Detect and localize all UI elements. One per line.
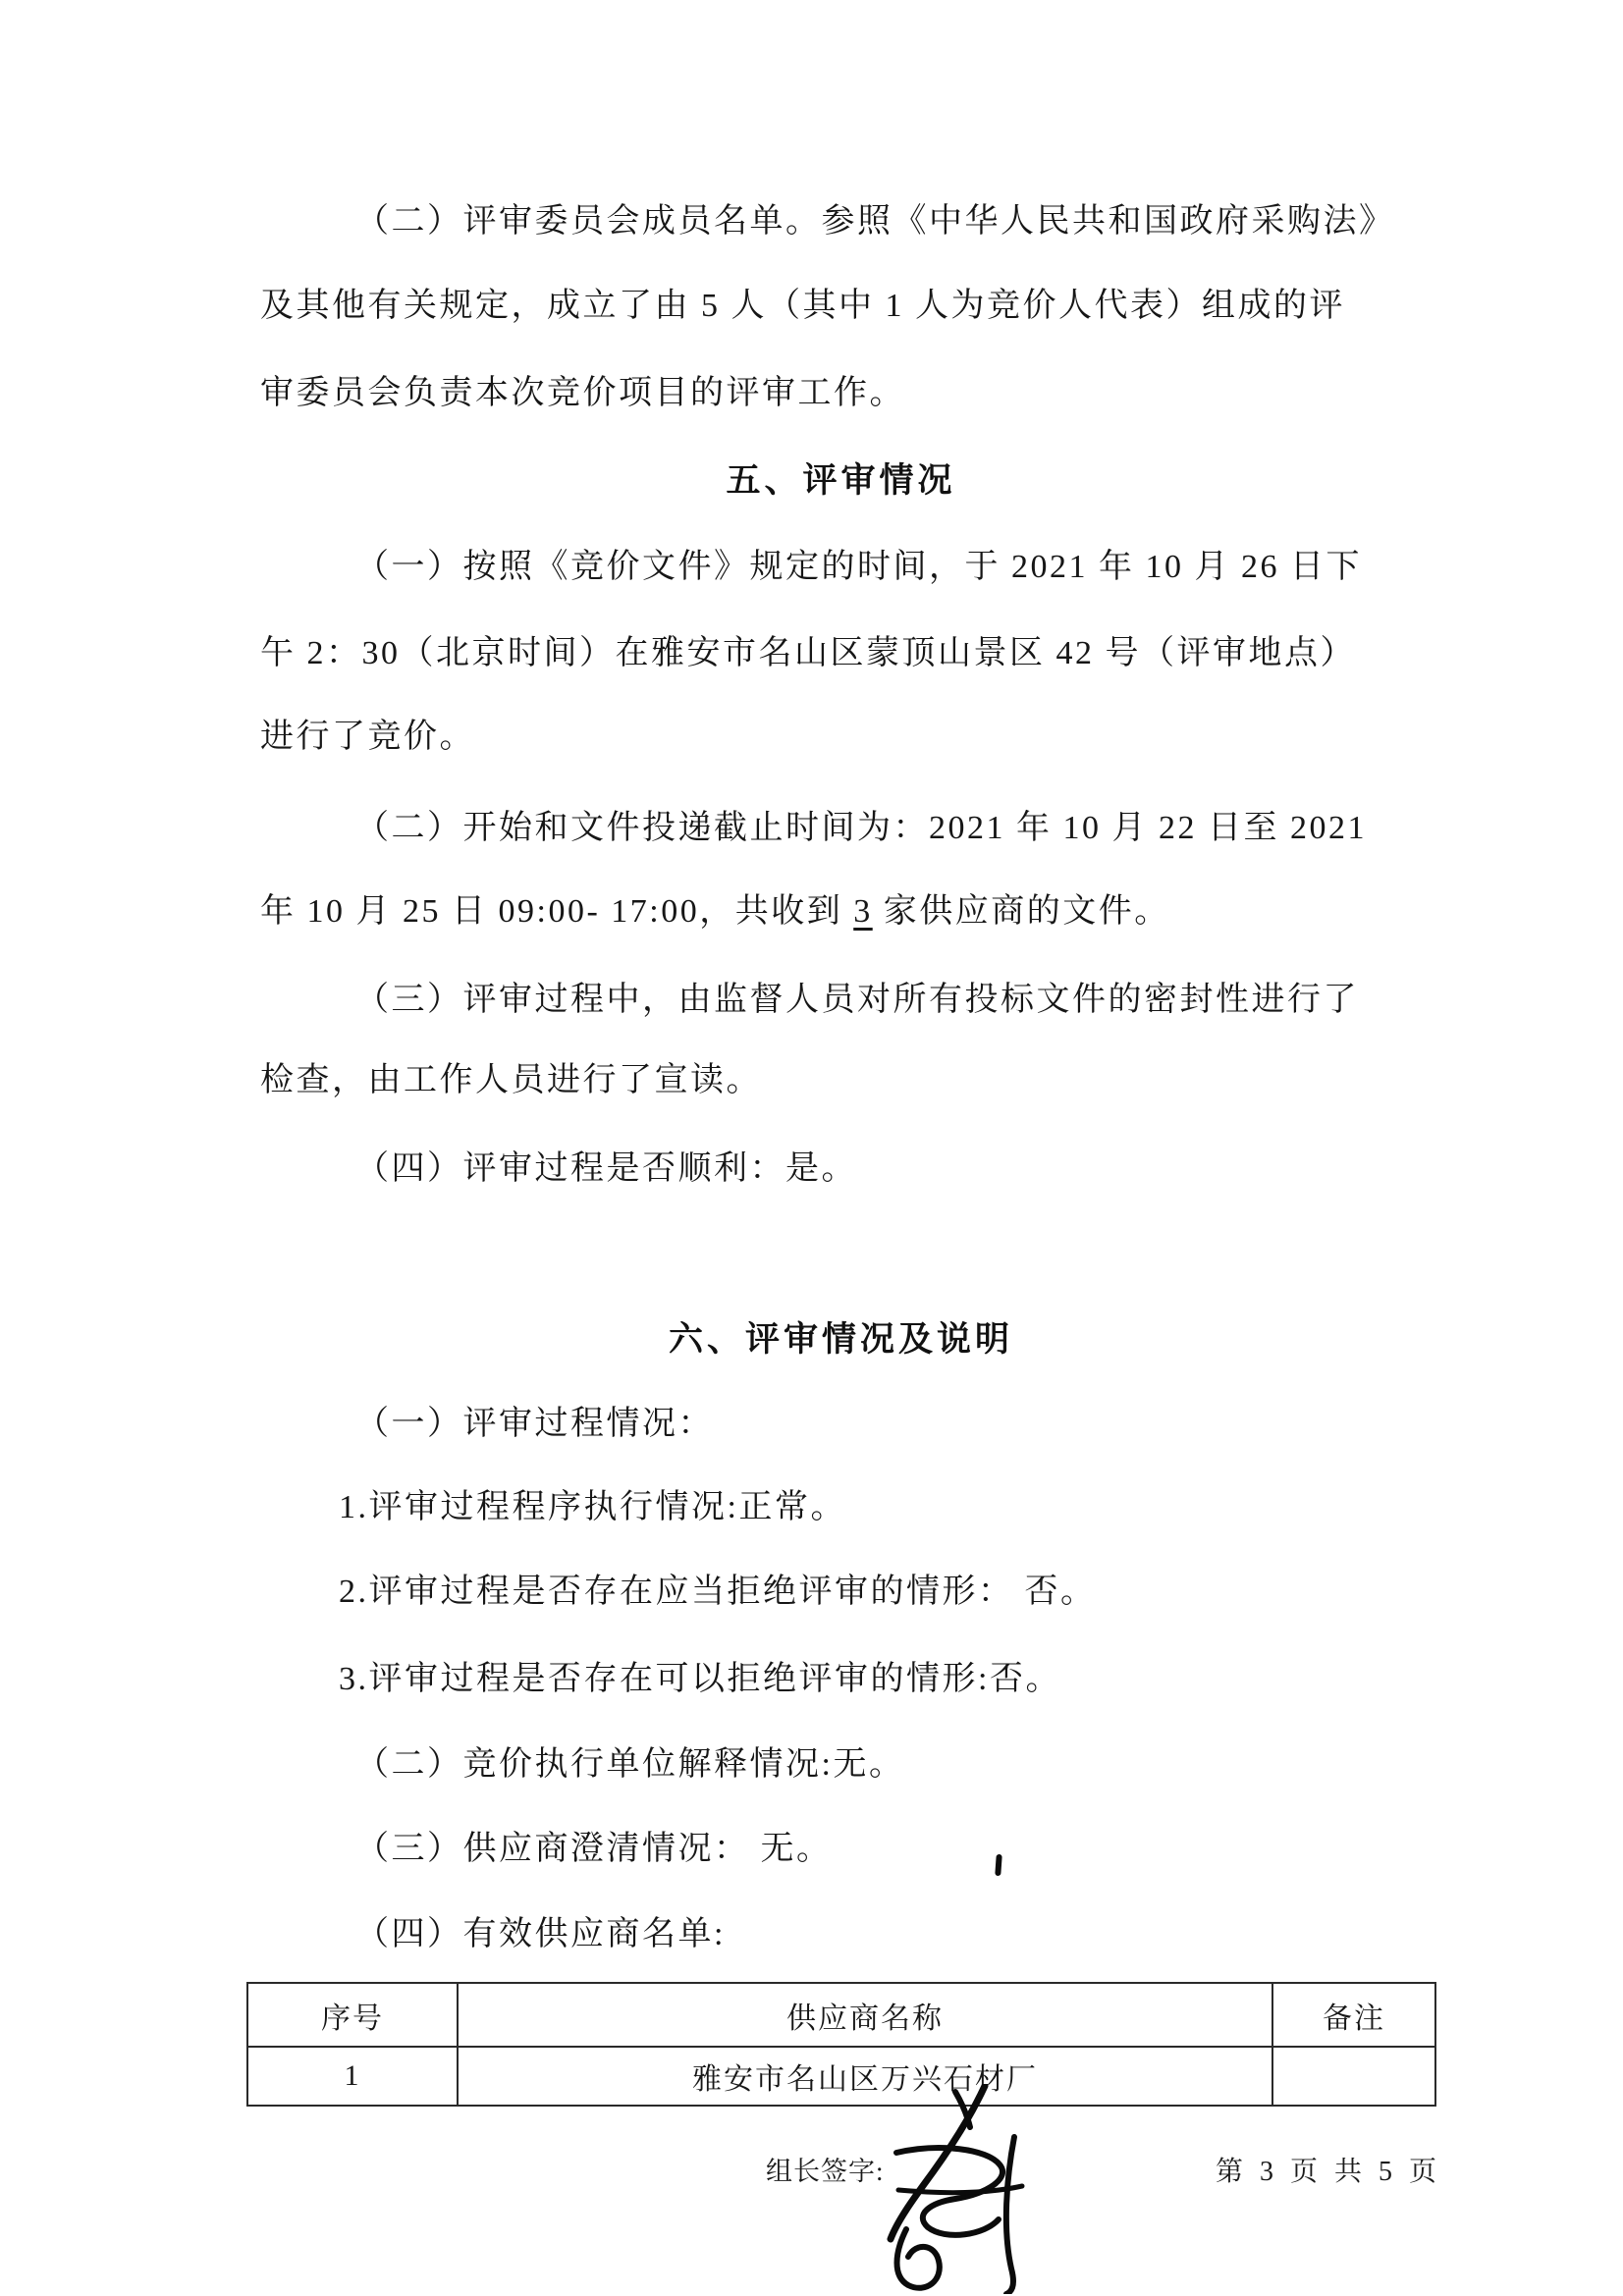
section-heading-5: 五、评审情况 xyxy=(29,457,1623,505)
doc-line: （四）有效供应商名单: xyxy=(355,1912,726,1957)
supplier-count-underlined: 3 xyxy=(853,893,873,930)
doc-line: （一）评审过程情况： xyxy=(355,1402,714,1447)
doc-line: 午 2：30（北京时间）在雅安市名山区蒙顶山景区 42 号（评审地点） xyxy=(260,631,1356,676)
doc-line: 3.评审过程是否存在可以拒绝评审的情形:否。 xyxy=(339,1657,1061,1702)
received-post: 家供应商的文件。 xyxy=(873,893,1170,930)
section-heading-6: 六、评审情况及说明 xyxy=(29,1316,1623,1363)
doc-line: （二）竞价执行单位解释情况:无。 xyxy=(355,1742,904,1788)
doc-line: （一）按照《竞价文件》规定的时间，于 2021 年 10 月 26 日下 xyxy=(355,545,1362,590)
doc-line: 审委员会负责本次竞价项目的评审工作。 xyxy=(260,371,905,416)
doc-line: （二）评审委员会成员名单。参照《中华人民共和国政府采购法》 xyxy=(355,199,1395,244)
doc-line: 进行了竞价。 xyxy=(260,715,475,760)
stray-pen-mark xyxy=(995,1854,1002,1876)
table-header-cell: 供应商名称 xyxy=(458,1983,1272,2047)
table-header-cell: 序号 xyxy=(247,1983,458,2047)
doc-line: （三）供应商澄清情况： 无。 xyxy=(355,1827,833,1872)
signature xyxy=(839,2084,1070,2294)
table-cell: 1 xyxy=(247,2047,458,2106)
doc-line-received-count: 年 10 月 25 日 09:00- 17:00，共收到 3 家供应商的文件。 xyxy=(260,889,1170,934)
document-page: （二）评审委员会成员名单。参照《中华人民共和国政府采购法》 及其他有关规定，成立… xyxy=(0,0,1623,2296)
doc-line: 及其他有关规定，成立了由 5 人（其中 1 人为竞价人代表）组成的评 xyxy=(260,284,1345,329)
table-cell xyxy=(1272,2047,1435,2106)
doc-line: 1.评审过程程序执行情况:正常。 xyxy=(339,1485,846,1530)
received-pre: 年 10 月 25 日 09:00- 17:00，共收到 xyxy=(260,893,853,930)
page-number: 第 3 页 共 5 页 xyxy=(1216,2150,1441,2189)
doc-line: （三）评审过程中，由监督人员对所有投标文件的密封性进行了 xyxy=(355,978,1359,1023)
doc-line: 2.评审过程是否存在应当拒绝评审的情形： 否。 xyxy=(339,1570,1097,1615)
doc-line: （二）开始和文件投递截止时间为：2021 年 10 月 22 日至 2021 xyxy=(355,806,1367,851)
doc-line: 检查，由工作人员进行了宣读。 xyxy=(260,1058,762,1103)
table-header-row: 序号 供应商名称 备注 xyxy=(247,1983,1435,2047)
doc-line: （四）评审过程是否顺利：是。 xyxy=(355,1147,857,1192)
table-header-cell: 备注 xyxy=(1272,1983,1435,2047)
